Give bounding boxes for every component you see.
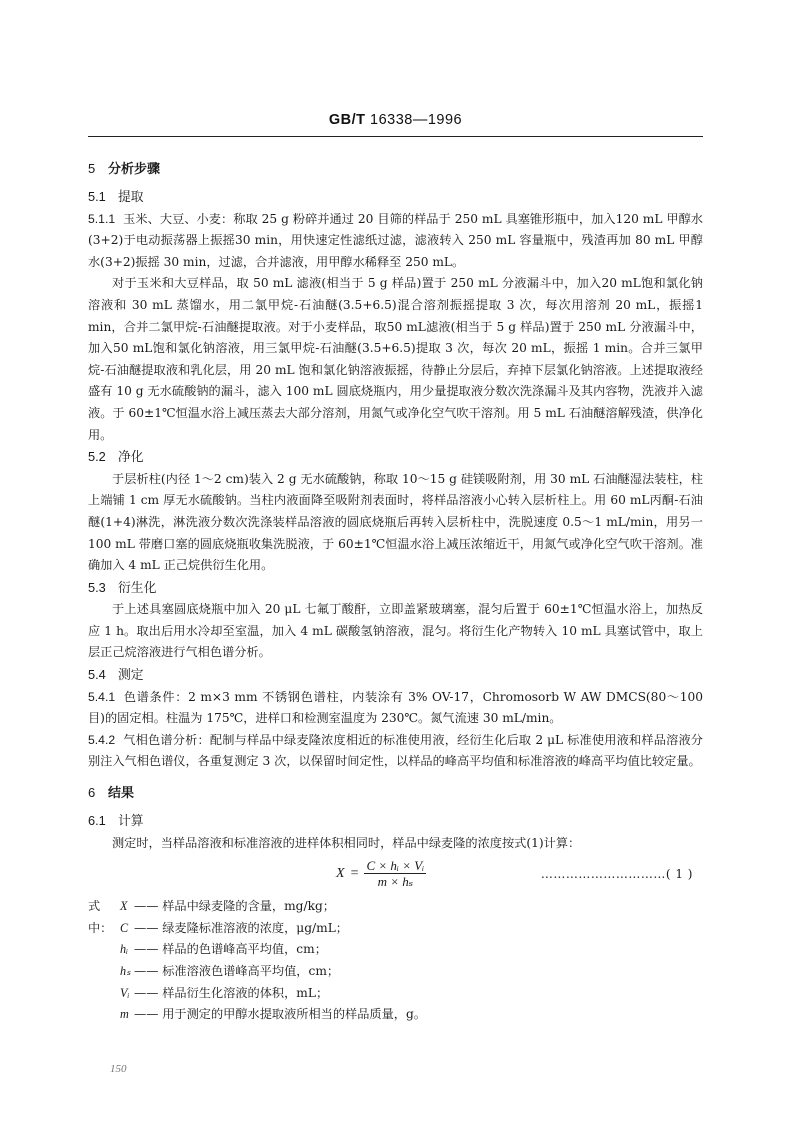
- section-5-4-heading: 5.4测定: [88, 664, 703, 687]
- formula-legend: 式中： X —— 样品中绿麦隆的含量，mg/kg； C —— 绿麦隆标准溶液的浓…: [88, 896, 703, 1026]
- section-5-4-2-paragraph: 5.4.2气相色谱分析：配制与样品中绿麦隆浓度相近的标准使用液，经衍生化后取 2…: [88, 730, 703, 773]
- section-5-3-heading: 5.3衍生化: [88, 577, 703, 600]
- formula-fraction: C × hᵢ × Vᵢ m × hₛ: [364, 858, 426, 889]
- standard-number-header: GB/T 16338—1996: [88, 112, 703, 128]
- standard-number: 16338—1996: [370, 112, 462, 128]
- section-5-3-paragraph: 于上述具塞圆底烧瓶中加入 20 μL 七氟丁酸酐，立即盖紧玻璃塞，混匀后置于 6…: [88, 599, 703, 664]
- equation-number: …………………………( 1 ): [541, 864, 693, 886]
- section-5-4-1-paragraph: 5.4.1色谱条件：2 m×3 mm 不锈钢色谱柱，内装涂有 3% OV-17，…: [88, 687, 703, 730]
- legend-item: m —— 用于测定的甲醇水提取液所相当的样品质量，g。: [88, 1004, 703, 1026]
- section-5-1-1-paragraph: 5.1.1玉米、大豆、小麦：称取 25 g 粉碎并通过 20 目筛的样品于 25…: [88, 209, 703, 274]
- legend-item: Vᵢ —— 样品衍生化溶液的体积，mL；: [88, 983, 703, 1005]
- legend-item: 式中： X —— 样品中绿麦隆的含量，mg/kg；: [88, 896, 703, 918]
- section-5-1-heading: 5.1提取: [88, 186, 703, 209]
- page-number: 150: [110, 1063, 127, 1075]
- standard-prefix: GB/T: [329, 112, 366, 128]
- section-5-1-1-paragraph-2: 对于玉米和大豆样品，取 50 mL 滤液(相当于 5 g 样品)置于 250 m…: [88, 273, 703, 446]
- legend-item: C —— 绿麦隆标准溶液的浓度，μg/mL；: [88, 918, 703, 940]
- legend-item: hᵢ —— 样品的色谱峰高平均值，cm；: [88, 939, 703, 961]
- formula-1: X = C × hᵢ × Vᵢ m × hₛ …………………………( 1 ): [88, 856, 703, 892]
- section-6-heading: 6结果: [88, 782, 703, 810]
- formula-denominator: m × hₛ: [376, 874, 416, 889]
- document-body: 5分析步骤 5.1提取 5.1.1玉米、大豆、小麦：称取 25 g 粉碎并通过 …: [88, 158, 703, 1026]
- document-page: GB/T 16338—1996 5分析步骤 5.1提取 5.1.1玉米、大豆、小…: [0, 0, 796, 1122]
- formula-expression: X = C × hᵢ × Vᵢ m × hₛ: [336, 858, 426, 889]
- section-6-1-heading: 6.1计算: [88, 810, 703, 833]
- formula-numerator: C × hᵢ × Vᵢ: [364, 858, 426, 873]
- section-5-heading: 5分析步骤: [88, 158, 703, 186]
- section-5-2-paragraph: 于层析柱(内径 1～2 cm)装入 2 g 无水硫酸钠，称取 10～15 g 硅…: [88, 469, 703, 577]
- section-6-1-paragraph: 测定时，当样品溶液和标准溶液的进样体积相同时，样品中绿麦隆的浓度按式(1)计算：: [88, 833, 703, 855]
- legend-item: hₛ —— 标准溶液色谱峰高平均值，cm；: [88, 961, 703, 983]
- header-rule: [88, 136, 703, 137]
- section-5-2-heading: 5.2净化: [88, 446, 703, 469]
